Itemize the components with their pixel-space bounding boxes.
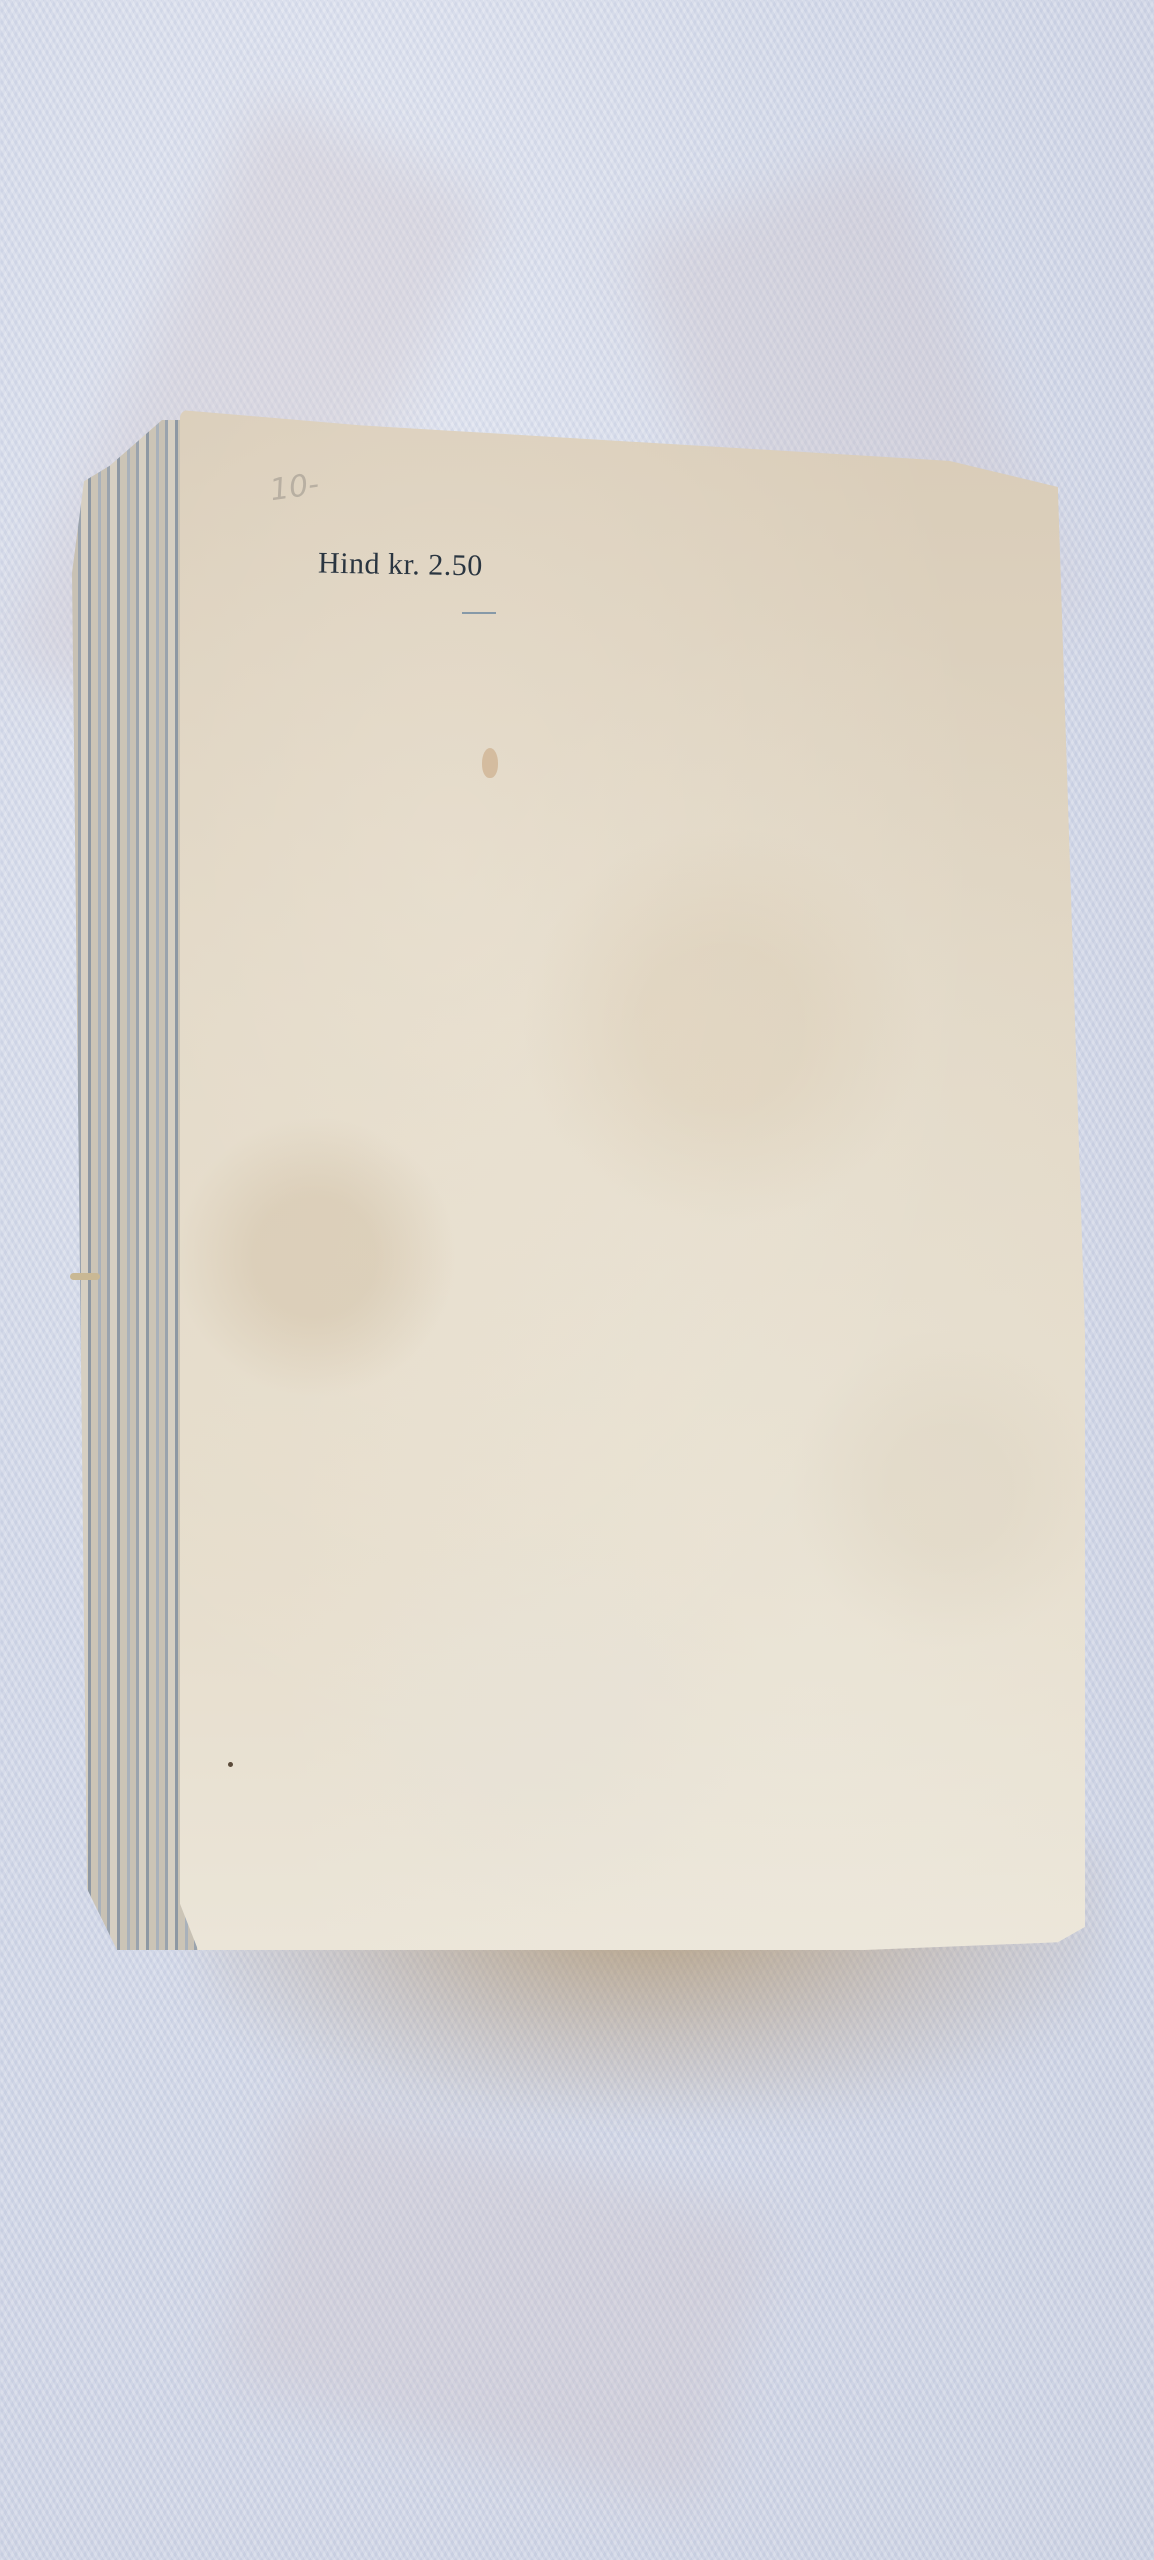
pencil-note: 10-	[268, 467, 321, 508]
fabric-fold	[220, 2090, 781, 2509]
bookmark-string	[70, 1273, 100, 1280]
cover-stain	[482, 748, 498, 778]
cover-speck	[228, 1762, 233, 1767]
book-back-cover	[180, 410, 1085, 1950]
price-stamp: Hind kr. 2.50	[318, 547, 483, 584]
ink-underline	[462, 612, 496, 614]
cover-aging-texture	[180, 410, 1085, 1950]
